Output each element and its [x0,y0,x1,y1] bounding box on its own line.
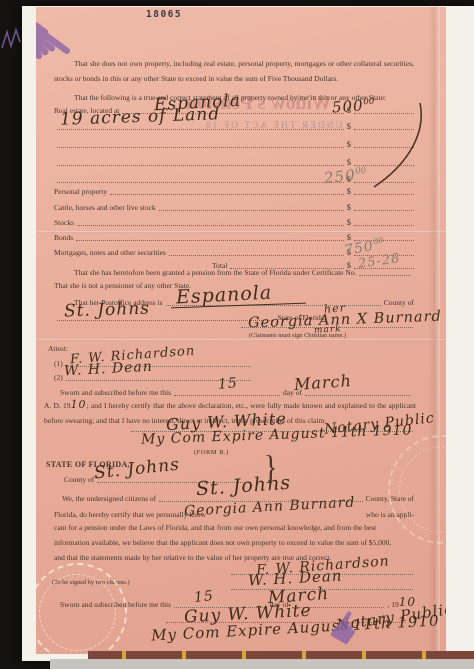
property-row-cattle: Cattle, horses and other live stock $ [54,200,414,212]
row-label: Bonds [54,233,73,242]
handwriting-mark: mark [314,324,342,335]
dollar-sign: $ [347,186,351,196]
affidavit-line-3: cant for a pension under the Laws of Flo… [54,522,376,533]
pension-form-page: Widow's Pension UNDER THE ACT OF 18 1806… [36,7,446,654]
next-page-edge [88,651,474,659]
dotted-leader [159,209,344,211]
row-label: Personal property [54,187,107,196]
amount-cents: 00 [372,235,384,247]
dotted-leader [57,146,344,148]
handwriting-county: St. Johns [64,299,151,322]
attest-label: Attest: [48,343,68,354]
dotted-leader [359,274,411,276]
purple-scribble-mark [0,26,22,52]
dotted-leader [110,193,344,195]
line-text: That she has heretofore been granted a p… [54,268,356,277]
dotted-leader [305,394,411,396]
handwriting-day: 15 [217,375,238,393]
county-of-label: County of [384,298,414,307]
dotted-leader [57,164,344,166]
property-row-personal: Personal property $ [54,184,414,196]
handwriting-ad-year: 10 [71,398,87,411]
dotted-leader [354,224,414,226]
dollar-sign: $ [347,202,351,212]
handwriting-day: 15 [193,588,214,606]
dotted-leader [354,209,414,211]
row-label: Cattle, horses and other live stock [54,203,156,212]
ad-label: A. D. 19 [44,401,71,410]
declaration-paragraph-1: That she does not own property, includin… [54,56,414,86]
amount-cents: 00 [355,166,367,177]
number-label: (2) [54,373,63,382]
number-label: (1) [54,359,63,368]
line-text: Sworn and subscribed before me this [54,388,171,397]
affidavit-line-4: information available, we believe that t… [54,537,391,548]
dotted-leader [76,239,344,241]
property-row-blank: $ [54,137,414,149]
ink-flourish [366,99,428,195]
dotted-leader [57,181,344,183]
row-label: Mortgages, notes and other securities [54,248,166,257]
form-b-label: (FORM B.) [194,447,229,458]
line-text: We, the undersigned citizens of [62,494,156,503]
page-edge-shadow [428,7,440,654]
no-other-state-line: That she is not a pensioner of any other… [54,280,191,291]
county-of-label: County of [64,475,94,484]
dollar-sign: $ [347,217,351,227]
scanner-background [50,659,474,669]
dollar-sign: $ [347,121,351,131]
property-row-stocks: Stocks $ [54,215,414,227]
dotted-leader [174,394,280,396]
file-number-stamp: 18065 [146,9,182,20]
row-label: Stocks [54,218,74,227]
dotted-leader [77,224,344,226]
scanned-document: Widow's Pension UNDER THE ACT OF 18 1806… [0,0,474,669]
fold-crease [36,339,446,341]
dollar-sign: $ [347,139,351,149]
dotted-leader [169,254,344,256]
handwriting-month: March [293,371,352,394]
amount-dollars: 250 [323,166,356,187]
embossed-seal-icon [388,435,446,544]
amount-dollars: 500 [331,96,364,116]
fold-crease [36,231,446,233]
